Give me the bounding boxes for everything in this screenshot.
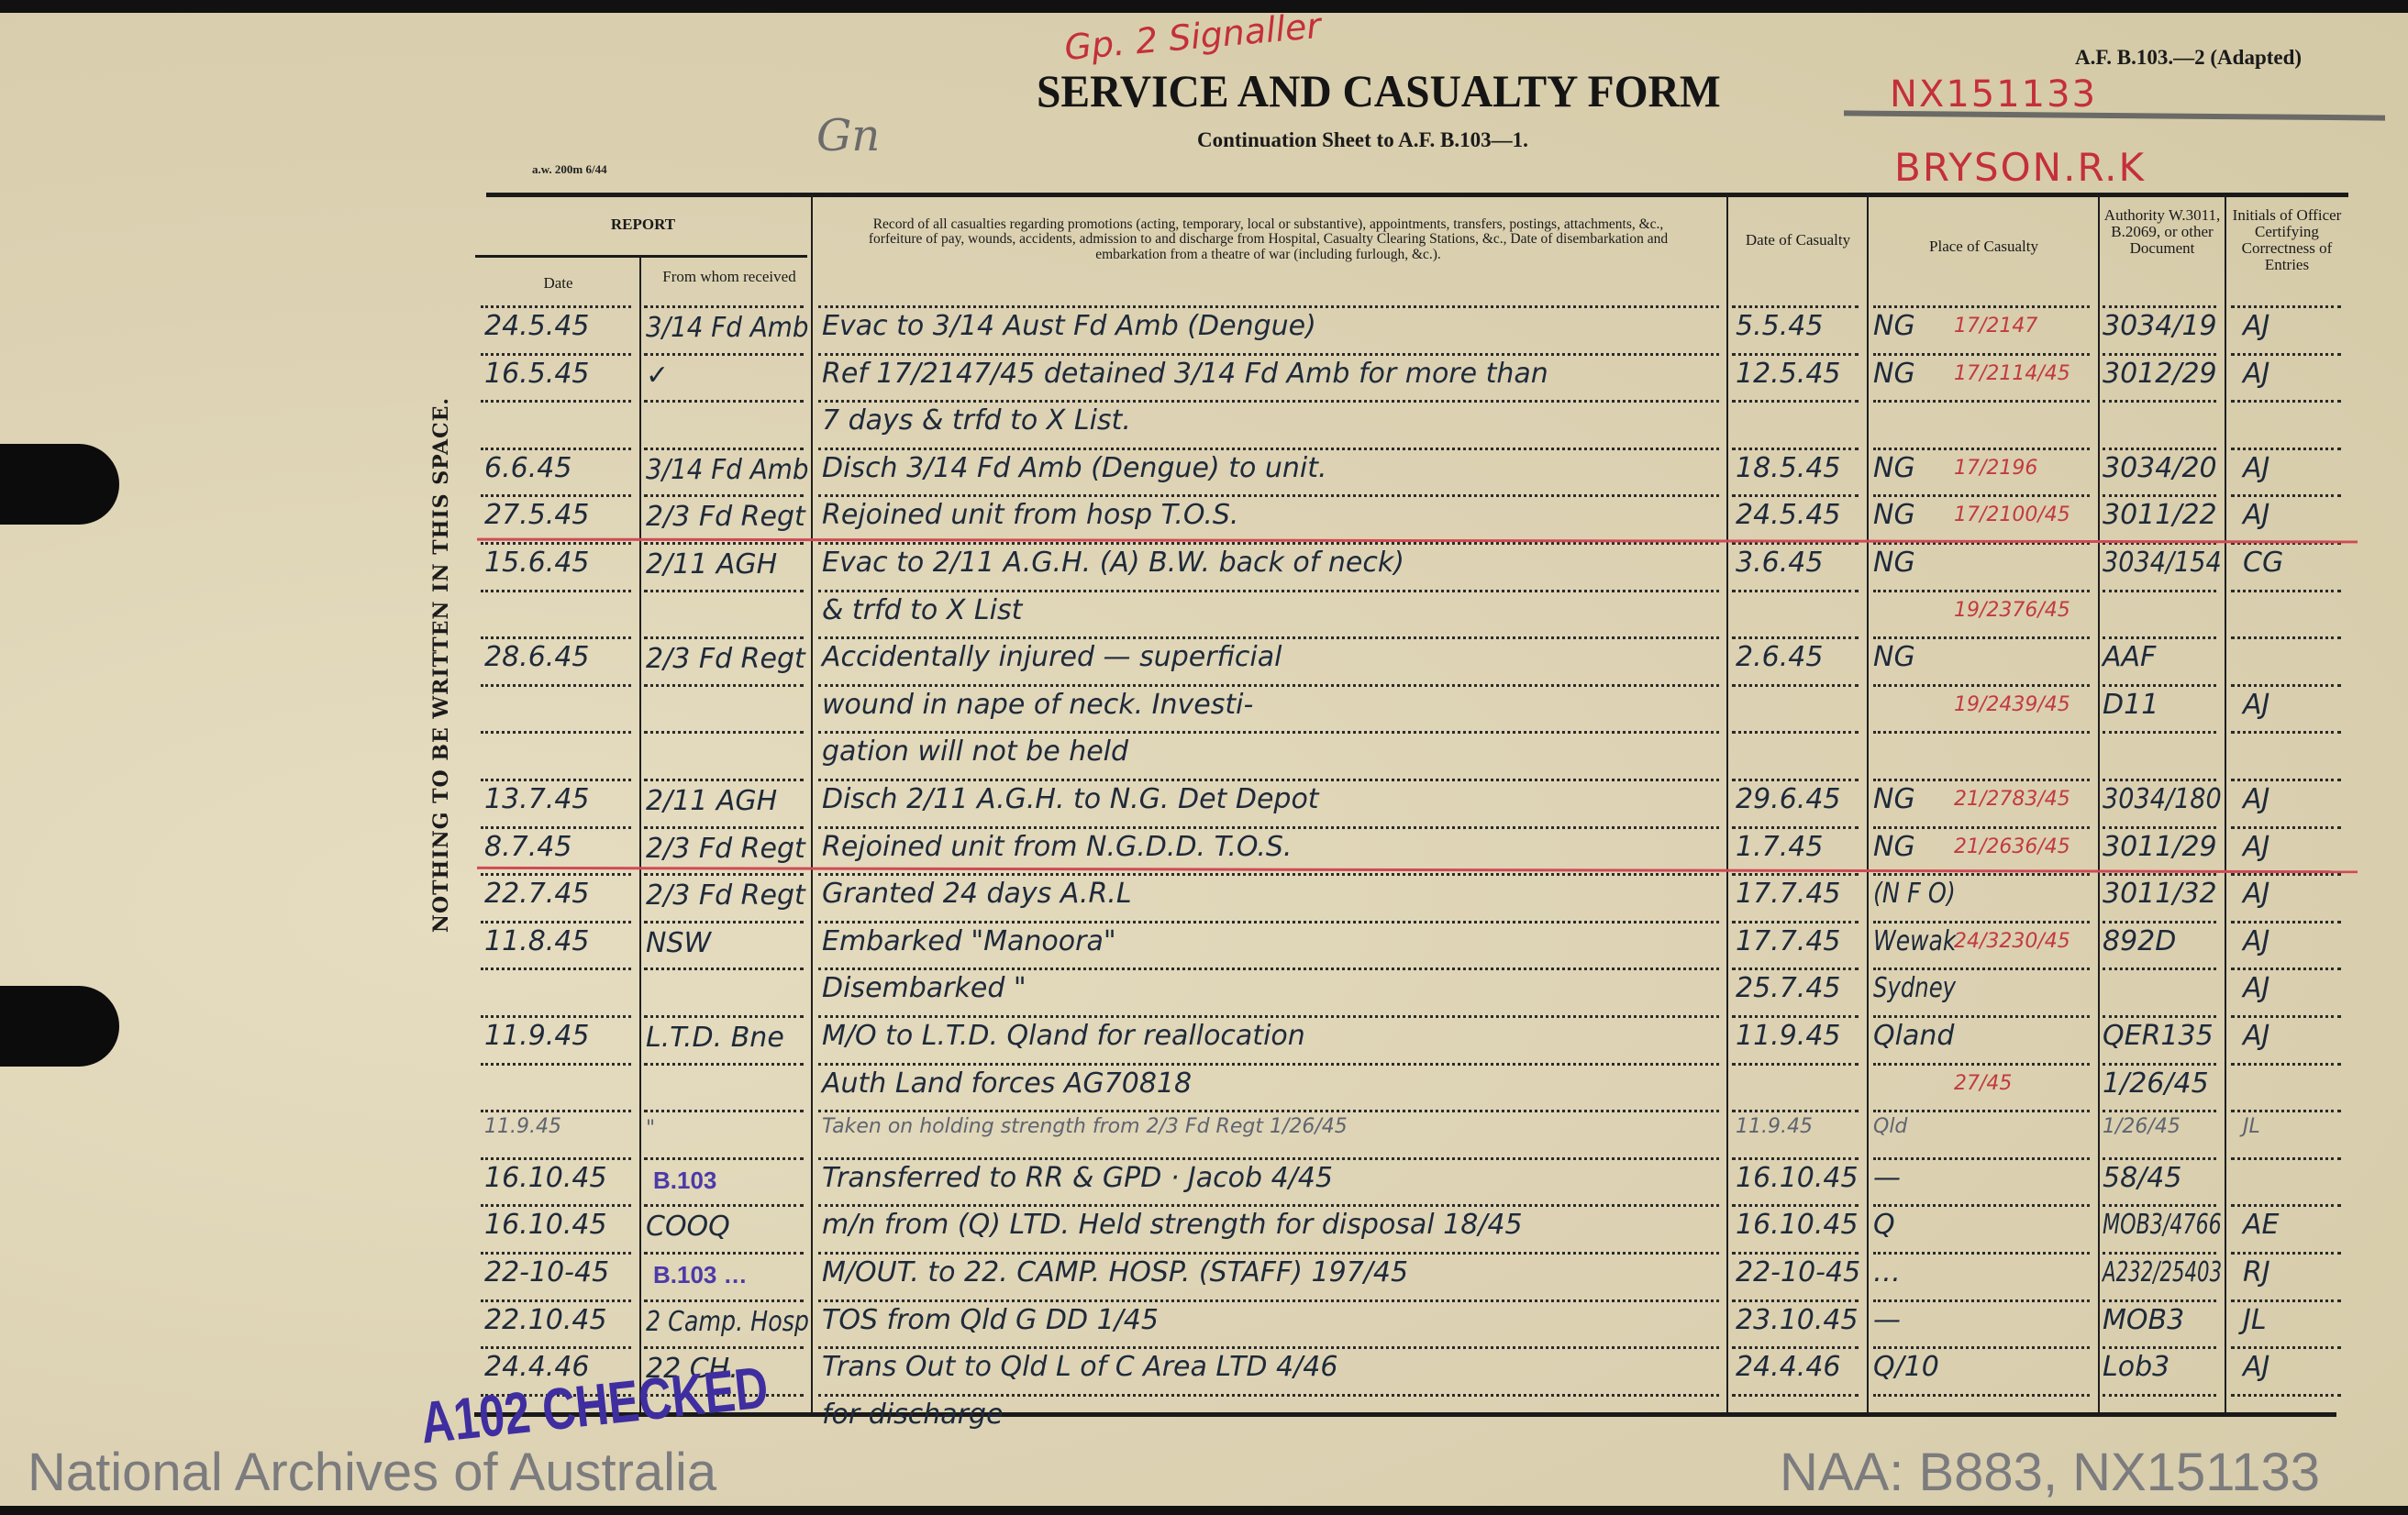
ruled-line: [2103, 826, 2216, 829]
cell-record: Granted 24 days A.R.L: [822, 880, 1132, 908]
cell-date: 22.7.45: [484, 880, 590, 908]
ruled-line: [644, 779, 804, 781]
col-divider-record: [1726, 194, 1728, 1412]
ruled-line: [644, 826, 804, 829]
cell-date-cas: 17.7.45: [1736, 880, 1841, 908]
ruled-line: [1873, 968, 2090, 970]
ruled-line: [2103, 968, 2216, 970]
cell-date: 22-10-45: [484, 1259, 609, 1287]
cell-record: & trfd to X List: [822, 597, 1022, 625]
cell-place: NG: [1873, 786, 1915, 813]
ruled-line: [1873, 636, 2090, 639]
ruled-line: [644, 305, 804, 308]
ruled-line: [644, 448, 804, 450]
ruled-line: [1732, 1252, 1859, 1255]
ruled-line: [2231, 731, 2341, 734]
cell-place: NG: [1873, 834, 1915, 861]
cell-date-cas: 5.5.45: [1736, 313, 1823, 340]
cell-place: …: [1873, 1259, 1901, 1287]
ruled-line: [1873, 1110, 2090, 1112]
ruled-line: [481, 1157, 631, 1160]
cell-date: 27.5.45: [484, 502, 590, 529]
cell-place-ref: 19/2376/45: [1954, 601, 2070, 621]
ruled-line: [2231, 400, 2341, 403]
header-place-of-casualty: Place of Casualty: [1926, 238, 2041, 255]
ruled-line: [644, 494, 804, 497]
ruled-line: [1732, 1015, 1859, 1018]
ruled-line: [818, 1204, 1719, 1207]
cell-place: NG: [1873, 313, 1915, 340]
cell-from: 2/11 AGH: [646, 551, 777, 579]
ruled-line: [481, 448, 631, 450]
ruled-line: [2231, 1299, 2341, 1302]
watermark-reference: NAA: B883, NX151133: [1780, 1442, 2320, 1503]
cell-authority: 58/45: [2103, 1165, 2181, 1192]
ruled-line: [1732, 400, 1859, 403]
cell-place: —: [1873, 1165, 1901, 1192]
ruled-line: [481, 826, 631, 829]
ruled-line: [2231, 590, 2341, 592]
cell-date: 11.8.45: [484, 928, 590, 956]
ruled-line: [1732, 826, 1859, 829]
cell-initials: AJ: [2243, 834, 2269, 861]
ruled-line: [2231, 1394, 2341, 1397]
cell-record: Rejoined unit from N.G.D.D. T.O.S.: [822, 834, 1292, 861]
ruled-line: [2231, 684, 2341, 687]
ruled-line: [1873, 1299, 2090, 1302]
cell-authority: AAF: [2103, 644, 2156, 671]
report-header-rule: [475, 255, 807, 258]
ruled-line: [1873, 1252, 2090, 1255]
ruled-line: [818, 1015, 1719, 1018]
ruled-line: [818, 590, 1719, 592]
cell-from: 2/3 Fd Regt: [646, 646, 805, 673]
cell-initials: AJ: [2243, 455, 2269, 482]
col-divider-from: [811, 194, 813, 1412]
cell-place-ref: 21/2783/45: [1954, 790, 2070, 810]
cell-from: 2/3 Fd Regt: [646, 503, 805, 531]
cell-date: 15.6.45: [484, 549, 590, 577]
ruled-line: [2231, 921, 2341, 923]
ruled-line: [2231, 968, 2341, 970]
ruled-line: [644, 1204, 804, 1207]
cell-from: L.T.D. Bne: [646, 1024, 784, 1052]
ruled-line: [1873, 494, 2090, 497]
ruled-line: [644, 1015, 804, 1018]
cell-record: for discharge: [822, 1401, 1004, 1429]
cell-from: ": [646, 1119, 655, 1139]
cell-date-cas: 24.4.46: [1736, 1354, 1841, 1381]
ruled-line: [2231, 1063, 2341, 1066]
cell-from: 2/3 Fd Regt: [646, 882, 805, 910]
cell-date-cas: 11.9.45: [1736, 1117, 1813, 1137]
ruled-line: [644, 873, 804, 876]
cell-authority: MOB3: [2103, 1307, 2184, 1334]
form-number: A.F. B.103.—2 (Adapted): [2075, 46, 2302, 70]
cell-authority: 3034/20: [2103, 455, 2217, 482]
cell-initials: AJ: [2243, 928, 2269, 956]
ruled-line: [1873, 826, 2090, 829]
ruled-line: [2103, 400, 2216, 403]
ruled-line: [644, 1063, 804, 1066]
ruled-line: [2103, 873, 2216, 876]
cell-record: Evac to 2/11 A.G.H. (A) B.W. back of nec…: [822, 549, 1404, 577]
cell-authority: 3012/29: [2103, 360, 2217, 388]
cell-place: Qland: [1873, 1023, 1954, 1050]
cell-initials: AE: [2243, 1211, 2279, 1239]
cell-date: 22.10.45: [484, 1307, 607, 1334]
ruled-line: [2231, 305, 2341, 308]
cell-authority: Lob3: [2103, 1354, 2169, 1381]
ruled-line: [1732, 968, 1859, 970]
cell-place: (N F O): [1873, 880, 1956, 908]
service-number: NX151133: [1890, 73, 2097, 116]
cell-initials: AJ: [2243, 880, 2269, 908]
ruled-line: [2103, 353, 2216, 356]
cell-from: COOQ: [646, 1213, 730, 1241]
ruled-line: [1873, 731, 2090, 734]
ruled-line: [2231, 1015, 2341, 1018]
ruled-line: [818, 448, 1719, 450]
ruled-line: [644, 968, 804, 970]
cell-place: Q/10: [1873, 1354, 1939, 1381]
ruled-line: [2103, 636, 2216, 639]
ruled-line: [1732, 353, 1859, 356]
cell-record: Disch 2/11 A.G.H. to N.G. Det Depot: [822, 786, 1319, 813]
cell-initials: AJ: [2243, 1354, 2269, 1381]
cell-place-ref: 19/2439/45: [1954, 695, 2070, 715]
ruled-line: [2231, 448, 2341, 450]
ruled-line: [818, 826, 1719, 829]
ruled-line: [1873, 1204, 2090, 1207]
ruled-line: [2231, 1110, 2341, 1112]
ruled-line: [481, 1063, 631, 1066]
cell-place-ref: 17/2114/45: [1954, 364, 2070, 384]
cell-date-cas: 18.5.45: [1736, 455, 1841, 482]
cell-record: Taken on holding strength from 2/3 Fd Re…: [822, 1117, 1348, 1137]
ruled-line: [2103, 731, 2216, 734]
cell-initials: AJ: [2243, 1023, 2269, 1050]
cell-date-cas: 11.9.45: [1736, 1023, 1841, 1050]
ruled-line: [481, 921, 631, 923]
ruled-line: [818, 1299, 1719, 1302]
ruled-line: [2231, 873, 2341, 876]
cell-record: m/n from (Q) LTD. Held strength for disp…: [822, 1211, 1523, 1239]
ruled-line: [1732, 1110, 1859, 1112]
ruled-line: [2231, 353, 2341, 356]
cell-authority: 3034/180: [2103, 786, 2222, 813]
ruled-line: [1873, 1346, 2090, 1349]
cell-date-cas: 16.10.45: [1736, 1211, 1859, 1239]
ruled-line: [644, 400, 804, 403]
cell-place: NG: [1873, 455, 1915, 482]
ruled-line: [644, 1157, 804, 1160]
ruled-line: [1732, 731, 1859, 734]
ruled-line: [481, 968, 631, 970]
ruled-line: [2231, 636, 2341, 639]
ruled-line: [818, 400, 1719, 403]
ruled-line: [2231, 1204, 2341, 1207]
header-date: Date: [477, 275, 639, 292]
cell-record: Trans Out to Qld L of C Area LTD 4/46: [822, 1354, 1337, 1381]
ruled-line: [481, 779, 631, 781]
header-authority: Authority W.3011, B.2069, or other Docum…: [2103, 207, 2222, 257]
cell-date-cas: 23.10.45: [1736, 1307, 1859, 1334]
ruled-line: [818, 1394, 1719, 1397]
margin-notice: NOTHING TO BE WRITTEN IN THIS SPACE.: [429, 371, 457, 958]
cell-authority: D11: [2103, 691, 2158, 719]
cell-date: 11.9.45: [484, 1023, 590, 1050]
ruled-line: [481, 305, 631, 308]
cell-authority: 3011/29: [2103, 834, 2217, 861]
cell-initials: AJ: [2243, 313, 2269, 340]
cell-place-ref: 17/2147: [1954, 316, 2037, 337]
ruled-line: [1873, 1394, 2090, 1397]
ruled-line: [818, 1346, 1719, 1349]
cell-record: Rejoined unit from hosp T.O.S.: [822, 502, 1238, 529]
cell-date: 8.7.45: [484, 834, 571, 861]
cell-date-cas: 16.10.45: [1736, 1165, 1859, 1192]
binder-hole-top: [0, 444, 119, 525]
ruled-line: [1873, 779, 2090, 781]
cell-initials: AJ: [2243, 975, 2269, 1002]
ruled-line: [1873, 1157, 2090, 1160]
ruled-line: [818, 731, 1719, 734]
cell-record: gation will not be held: [822, 738, 1128, 766]
cell-date: 24.5.45: [484, 313, 590, 340]
cell-initials: AJ: [2243, 691, 2269, 719]
cell-record: Disembarked ": [822, 975, 1026, 1002]
ruled-line: [2103, 1157, 2216, 1160]
print-code: a.w. 200m 6/44: [532, 162, 607, 177]
cell-date: 16.5.45: [484, 360, 590, 388]
cell-place-ref: 17/2100/45: [1954, 505, 2070, 525]
ruled-line: [2231, 779, 2341, 781]
ruled-line: [1732, 1157, 1859, 1160]
ruled-line: [644, 1299, 804, 1302]
form-title: SERVICE AND CASUALTY FORM: [1037, 64, 1721, 117]
cell-place-ref: 21/2636/45: [1954, 837, 2070, 857]
ruled-line: [818, 1252, 1719, 1255]
cell-record: TOS from Qld G DD 1/45: [822, 1307, 1159, 1334]
ruled-line: [2231, 826, 2341, 829]
ruled-line: [481, 636, 631, 639]
cell-authority: 3011/32: [2103, 880, 2217, 908]
cell-authority: A232/25403: [2103, 1259, 2222, 1287]
ruled-line: [1873, 400, 2090, 403]
ruled-line: [644, 1346, 804, 1349]
cell-place: —: [1873, 1307, 1901, 1334]
header-from-whom: From whom received: [660, 269, 798, 285]
cell-date: 13.7.45: [484, 786, 590, 813]
cell-date: 16.10.45: [484, 1165, 607, 1192]
ruled-line: [818, 542, 1719, 545]
ruled-line: [1732, 494, 1859, 497]
watermark-archive: National Archives of Australia: [28, 1442, 716, 1503]
cell-initials: JL: [2243, 1117, 2260, 1137]
col-divider-date: [639, 257, 641, 1412]
ruled-line: [2103, 1346, 2216, 1349]
ruled-line: [818, 684, 1719, 687]
ruled-line: [1873, 448, 2090, 450]
ruled-line: [1732, 590, 1859, 592]
ruled-line: [2103, 1204, 2216, 1207]
table-top-rule: [486, 193, 2348, 197]
ruled-line: [1732, 1204, 1859, 1207]
cell-record: 7 days & trfd to X List.: [822, 407, 1131, 435]
ruled-line: [2103, 921, 2216, 923]
ruled-line: [2103, 494, 2216, 497]
cell-place-ref: 24/3230/45: [1954, 932, 2070, 952]
cell-record: Transferred to RR & GPD · Jacob 4/45: [822, 1165, 1333, 1192]
ruled-line: [644, 636, 804, 639]
cell-initials: JL: [2243, 1307, 2267, 1334]
pencil-initials: Gn: [816, 110, 880, 161]
cell-date-cas: 25.7.45: [1736, 975, 1841, 1002]
ruled-line: [1732, 1063, 1859, 1066]
ruled-line: [2103, 1299, 2216, 1302]
cell-date: 11.9.45: [484, 1117, 561, 1137]
ruled-line: [481, 1015, 631, 1018]
ruled-line: [1873, 921, 2090, 923]
cell-from: 3/14 Fd Amb: [646, 457, 809, 484]
cell-date-cas: 2.6.45: [1736, 644, 1823, 671]
cell-date-cas: 12.5.45: [1736, 360, 1841, 388]
ruled-line: [1732, 1346, 1859, 1349]
cell-authority: 892D: [2103, 928, 2176, 956]
ruled-line: [2231, 494, 2341, 497]
ruled-line: [2103, 1252, 2216, 1255]
ruled-line: [644, 590, 804, 592]
cell-authority: 1/26/45: [2103, 1117, 2181, 1137]
ruled-line: [818, 1157, 1719, 1160]
ruled-line: [2103, 1015, 2216, 1018]
header-date-of-casualty: Date of Casualty: [1734, 232, 1862, 249]
cell-from: B.103: [653, 1168, 716, 1192]
ruled-line: [2231, 1157, 2341, 1160]
cell-date-cas: 22-10-45: [1736, 1259, 1860, 1287]
ruled-line: [481, 1346, 631, 1349]
ruled-line: [2103, 448, 2216, 450]
ruled-line: [1732, 921, 1859, 923]
ruled-line: [481, 1299, 631, 1302]
ruled-line: [818, 1110, 1719, 1112]
cell-record: Accidentally injured — superficial: [822, 644, 1282, 671]
cell-date-cas: 1.7.45: [1736, 834, 1823, 861]
cell-initials: AJ: [2243, 502, 2269, 529]
ruled-line: [481, 353, 631, 356]
ruled-line: [818, 494, 1719, 497]
ruled-line: [818, 968, 1719, 970]
ruled-line: [1732, 779, 1859, 781]
cell-initials: RJ: [2243, 1259, 2270, 1287]
ruled-line: [2103, 1110, 2216, 1112]
ruled-line: [481, 494, 631, 497]
ruled-line: [2231, 1252, 2341, 1255]
cell-authority: 3034/19: [2103, 313, 2217, 340]
header-record: Record of all casualties regarding promo…: [858, 217, 1679, 262]
cell-record: Evac to 3/14 Aust Fd Amb (Dengue): [822, 313, 1316, 340]
cell-initials: AJ: [2243, 360, 2269, 388]
ruled-line: [2103, 684, 2216, 687]
ruled-line: [818, 873, 1719, 876]
col-divider-place: [2098, 194, 2100, 1412]
cell-date-cas: 17.7.45: [1736, 928, 1841, 956]
cell-from: ✓: [646, 362, 669, 390]
soldier-name: BRYSON.R.K: [1894, 145, 2146, 190]
binder-hole-bottom: [0, 986, 119, 1067]
cell-authority: 3011/22: [2103, 502, 2217, 529]
cell-record: Ref 17/2147/45 detained 3/14 Fd Amb for …: [822, 360, 1548, 388]
ruled-line: [1732, 873, 1859, 876]
cell-from: 3/14 Fd Amb: [646, 315, 809, 342]
cell-authority: 1/26/45: [2103, 1070, 2209, 1098]
cell-authority: 3034/154: [2103, 549, 2222, 577]
ruled-line: [481, 400, 631, 403]
ruled-line: [1732, 448, 1859, 450]
ruled-line: [2103, 1394, 2216, 1397]
cell-from: B.103 …: [653, 1263, 748, 1287]
ruled-line: [1873, 305, 2090, 308]
cell-place: NG: [1873, 644, 1915, 671]
ruled-line: [1732, 684, 1859, 687]
cell-record: Disch 3/14 Fd Amb (Dengue) to unit.: [822, 455, 1327, 482]
ruled-line: [1873, 684, 2090, 687]
ruled-line: [481, 1252, 631, 1255]
cell-initials: CG: [2243, 549, 2283, 577]
cell-date-cas: 24.5.45: [1736, 502, 1841, 529]
cell-place: NG: [1873, 360, 1915, 388]
cell-record: Embarked "Manoora": [822, 928, 1116, 956]
ruled-line: [644, 1252, 804, 1255]
cell-record: Auth Land forces AG70818: [822, 1070, 1192, 1098]
ruled-line: [644, 684, 804, 687]
cell-from: 2/11 AGH: [646, 788, 777, 815]
ruled-line: [644, 1110, 804, 1112]
ruled-line: [481, 1110, 631, 1112]
cell-authority: QER135: [2103, 1023, 2214, 1050]
cell-date: 6.6.45: [484, 455, 571, 482]
ruled-line: [818, 636, 1719, 639]
ruled-line: [818, 1063, 1719, 1066]
ruled-line: [481, 1204, 631, 1207]
ruled-line: [481, 684, 631, 687]
header-report: REPORT: [477, 216, 809, 233]
cell-place: NG: [1873, 502, 1915, 529]
ruled-line: [1873, 873, 2090, 876]
cell-place: Q: [1873, 1211, 1895, 1239]
cell-place-ref: 17/2196: [1954, 459, 2037, 479]
ruled-line: [2103, 590, 2216, 592]
ruled-line: [2231, 1346, 2341, 1349]
cell-authority: MOB3/4766: [2103, 1211, 2222, 1239]
ruled-line: [644, 731, 804, 734]
cell-date-cas: 3.6.45: [1736, 549, 1823, 577]
ruled-line: [1873, 353, 2090, 356]
cell-from: 2 Camp. Hosp: [646, 1309, 809, 1336]
col-divider-authority: [2225, 194, 2226, 1412]
form-subtitle: Continuation Sheet to A.F. B.103—1.: [1197, 128, 1528, 152]
ruled-line: [1732, 305, 1859, 308]
cell-date: 16.10.45: [484, 1211, 607, 1239]
cell-place: Qld: [1873, 1117, 1907, 1137]
ruled-line: [644, 921, 804, 923]
ruled-line: [1732, 1299, 1859, 1302]
cell-date: 28.6.45: [484, 644, 590, 671]
cell-place-ref: 27/45: [1954, 1074, 2012, 1094]
ruled-line: [818, 779, 1719, 781]
cell-place: Wewak: [1873, 928, 1956, 956]
